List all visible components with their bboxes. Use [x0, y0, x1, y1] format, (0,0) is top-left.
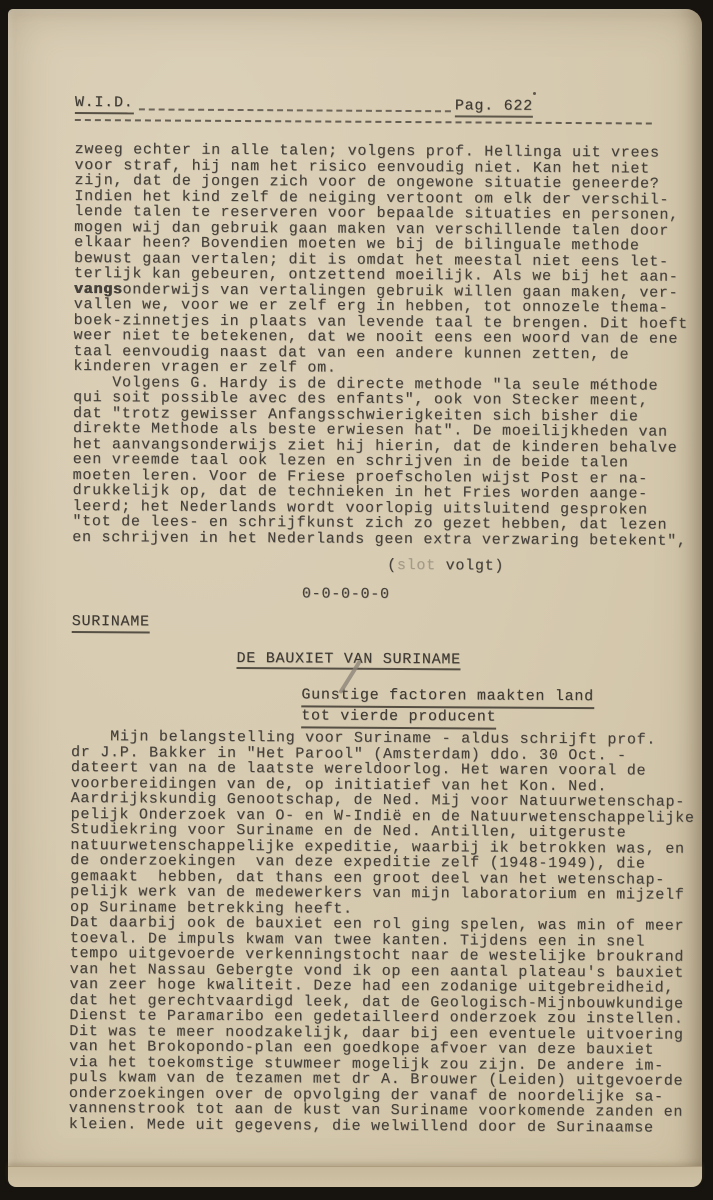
- header-dash-fill: [139, 108, 451, 112]
- article-subtitle: Gunstige factoren maakten land tot vierd…: [301, 686, 695, 730]
- subtitle-line-1-container: Gunstige factoren maakten land: [301, 686, 695, 709]
- subtitle-line-1: Gunstige factoren maakten land: [301, 686, 594, 709]
- paragraph-1-part-2: vallen we, voor we er zelf erg in hebben…: [73, 297, 697, 378]
- section-label-container: SURINAME: [72, 614, 696, 636]
- faded-word: slot: [397, 557, 436, 574]
- paragraph-2: Volgens G. Hardy is de directe methode "…: [72, 374, 697, 548]
- journal-abbreviation: W.I.D.: [75, 95, 134, 114]
- article-title: DE BAUXIET VAN SURINAME: [236, 650, 460, 670]
- typewritten-content: W.I.D. Pag. 622 zweeg echter in alle tal…: [69, 95, 699, 1136]
- ink-speck: [533, 92, 536, 95]
- paren-open: (: [387, 557, 397, 574]
- article-title-container: DE BAUXIET VAN SURINAME: [236, 650, 695, 671]
- article-body: Mijn belangstelling voor Suriname - aldu…: [69, 729, 695, 1136]
- page-number: Pag. 622: [455, 98, 533, 117]
- scanned-document-page: { "page": { "header": { "journal": "W.I.…: [0, 0, 713, 1200]
- subtitle-line-2: tot vierde producent: [301, 707, 496, 729]
- header-dashed-rule: [75, 119, 652, 125]
- note-rest: volgt): [436, 557, 504, 574]
- continuation-note: (slot volgt): [387, 558, 696, 575]
- paper-bottom-edge: [8, 1166, 702, 1187]
- subtitle-line-2-container: tot vierde producent: [301, 707, 695, 730]
- page-header: W.I.D. Pag. 622: [75, 95, 699, 127]
- section-label: SURINAME: [72, 614, 150, 633]
- paragraph-1-part-1: zweeg echter in alle talen; volgens prof…: [74, 142, 699, 285]
- section-divider: 0-0-0-0-0: [302, 586, 696, 604]
- paper-sheet: W.I.D. Pag. 622 zweeg echter in alle tal…: [8, 9, 702, 1186]
